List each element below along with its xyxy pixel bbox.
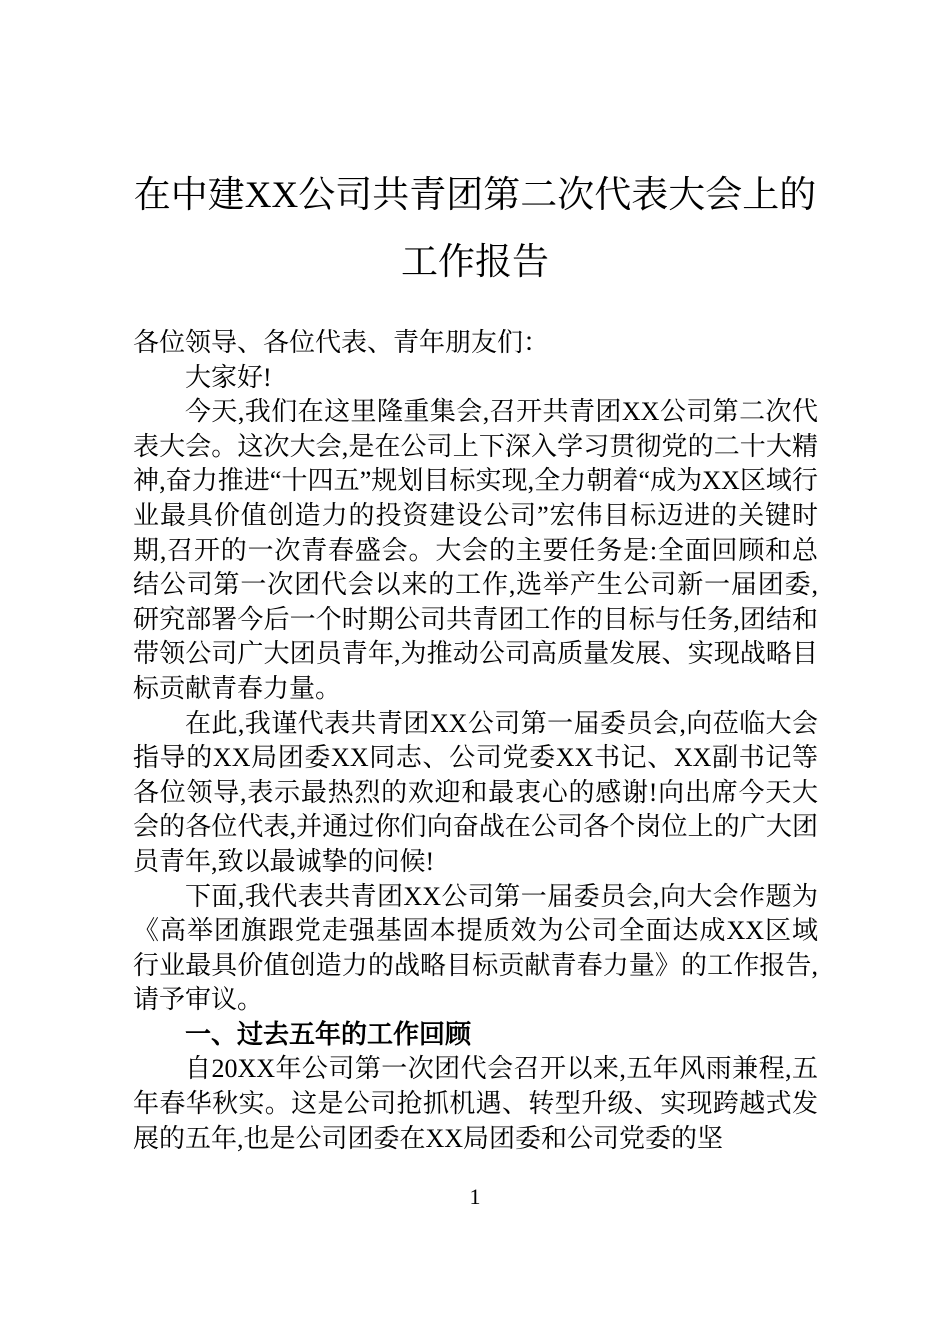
document-title: 在中建XX公司共青团第二次代表大会上的 工作报告 xyxy=(0,0,950,296)
paragraph-greeting: 大家好! xyxy=(133,361,818,396)
paragraph-welcome: 在此,我谨代表共青团XX公司第一届委员会,向莅临大会指导的XX局团委XX同志、公… xyxy=(133,707,818,880)
paragraph-opening: 今天,我们在这里隆重集会,召开共青团XX公司第二次代表大会。这次大会,是在公司上… xyxy=(133,395,818,706)
paragraph-report-title: 下面,我代表共青团XX公司第一届委员会,向大会作题为《高举团旗跟党走强基固本提质… xyxy=(133,880,818,1018)
document-title-line1: 在中建XX公司共青团第二次代表大会上的 xyxy=(0,162,950,229)
document-body: 各位领导、各位代表、青年朋友们： 大家好! 今天,我们在这里隆重集会,召开共青团… xyxy=(133,326,818,1156)
paragraph-review: 自20XX年公司第一次团代会召开以来,五年风雨兼程,五年春华秋实。这是公司抢抓机… xyxy=(133,1052,818,1156)
page-number: 1 xyxy=(0,1184,950,1210)
document-page: 在中建XX公司共青团第二次代表大会上的 工作报告 各位领导、各位代表、青年朋友们… xyxy=(0,0,950,1344)
section-heading-part-one: 一、过去五年的工作回顾 xyxy=(133,1018,818,1053)
document-title-line2: 工作报告 xyxy=(0,229,950,296)
salutation: 各位领导、各位代表、青年朋友们： xyxy=(133,326,818,361)
